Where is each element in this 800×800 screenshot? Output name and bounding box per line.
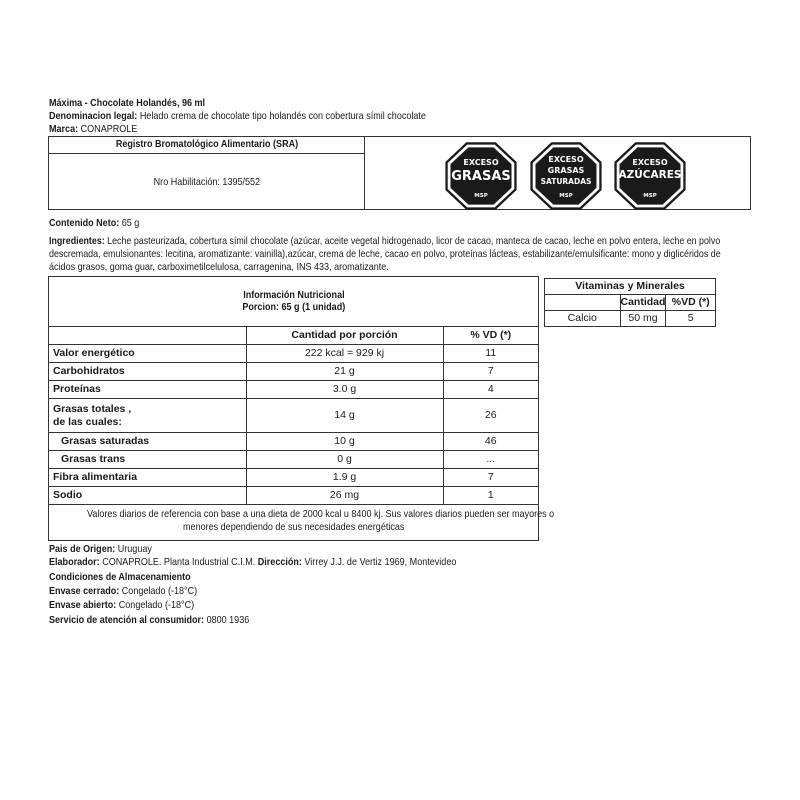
table-row: Grasas saturadas10 g46 — [49, 433, 538, 451]
nutrient-amount: 10 g — [246, 433, 443, 451]
registry-box: Registro Bromatológico Alimentario (SRA)… — [48, 136, 751, 210]
seal-footer: MSP — [527, 193, 605, 199]
seal-line-2: GRASAS — [527, 166, 605, 175]
octagon-warning-seal-azucares: EXCESOAZÚCARESMSP — [611, 140, 689, 212]
table-row: Carbohidratos21 g7 — [49, 363, 538, 381]
nutrient-vd: ... — [443, 451, 538, 469]
nutrient-amount: 14 g — [246, 399, 443, 433]
nutrition-title: Información Nutricional Porcion: 65 g (1… — [49, 277, 538, 327]
nutrient-name: Proteínas — [49, 381, 246, 399]
octagon-icon — [527, 140, 605, 212]
nutrient-vd: 4 — [443, 381, 538, 399]
nutrient-amount: 3.0 g — [246, 381, 443, 399]
seal-line-2: AZÚCARES — [611, 169, 689, 181]
octagon-warning-seal-grasas-saturadas: EXCESOGRASASSATURADASMSP — [527, 140, 605, 212]
seal-footer: MSP — [442, 193, 520, 199]
mineral-name: Calcio — [545, 311, 620, 327]
octagon-warning-seal-grasas: EXCESOGRASASMSP — [442, 140, 520, 212]
table-row: Proteínas3.0 g4 — [49, 381, 538, 399]
nutrient-vd: 7 — [443, 363, 538, 381]
nutrient-name: Grasas trans — [49, 451, 246, 469]
registry-header: Registro Bromatológico Alimentario (SRA) — [49, 137, 364, 154]
manufacturer: Elaborador: CONAPROLE. Planta Industrial… — [49, 556, 523, 569]
vit-col-vd: %VD (*) — [666, 295, 715, 311]
nutrient-vd: 46 — [443, 433, 538, 451]
product-title: Máxima - Chocolate Holandés, 96 ml — [49, 97, 230, 110]
vitamins-table: Vitaminas y MineralesCantidad%VD (*)Calc… — [544, 278, 716, 327]
nutrient-name: Fibra alimentaria — [49, 469, 246, 487]
nutrient-vd: 1 — [443, 487, 538, 505]
nutrient-amount: 222 kcal = 929 kj — [246, 345, 443, 363]
mineral-amount: 50 mg — [620, 311, 666, 327]
nutrient-vd: 7 — [443, 469, 538, 487]
table-row: Calcio50 mg5 — [545, 311, 715, 327]
table-row: Grasas totales ,de las cuales:14 g26 — [49, 399, 538, 433]
nutrient-name: Valor energético — [49, 345, 246, 363]
nutrient-name: Sodio — [49, 487, 246, 505]
mineral-vd: 5 — [666, 311, 715, 327]
ingredients-line-1: Ingredientes: Leche pasteurizada, cobert… — [49, 235, 800, 248]
nutrient-name: Carbohidratos — [49, 363, 246, 381]
nutrition-footnote: Valores diarios de referencia con base a… — [49, 505, 538, 534]
storage-title: Condiciones de Almacenamiento — [49, 571, 214, 584]
consumer-service: Servicio de atención al consumidor: 0800… — [49, 614, 282, 627]
seal-footer: MSP — [611, 193, 689, 199]
nutrient-amount: 21 g — [246, 363, 443, 381]
seal-line-1: EXCESO — [442, 158, 520, 167]
registry-section: Registro Bromatológico Alimentario (SRA)… — [49, 137, 365, 209]
ingredients-line-2: descremada, emulsionantes: lecitina, aro… — [49, 248, 800, 261]
ingredients-line-3: ácidos grasos, goma guar, carboximetilce… — [49, 261, 444, 274]
col-vd-header: % VD (*) — [443, 327, 538, 345]
col-amount-header: Cantidad por porción — [246, 327, 443, 345]
nutrition-grid: Cantidad por porción% VD (*)Valor energé… — [49, 327, 538, 505]
nutrient-amount: 26 mg — [246, 487, 443, 505]
nutrition-header-row: Cantidad por porción% VD (*) — [49, 327, 538, 345]
legal-denomination: Denominacion legal: Helado crema de choc… — [49, 110, 487, 123]
nutrient-vd: 11 — [443, 345, 538, 363]
nutrient-name: Grasas saturadas — [49, 433, 246, 451]
net-content: Contenido Neto: 65 g — [49, 217, 154, 230]
table-row: Valor energético222 kcal = 929 kj11 — [49, 345, 538, 363]
seal-line-1: EXCESO — [611, 158, 689, 167]
seal-line-3: SATURADAS — [527, 177, 605, 186]
table-row: Grasas trans0 g... — [49, 451, 538, 469]
registry-number: Nro Habilitación: 1395/552 — [49, 154, 364, 210]
storage-closed: Envase cerrado: Congelado (-18°C) — [49, 585, 221, 598]
nutrient-amount: 0 g — [246, 451, 443, 469]
storage-open: Envase abierto: Congelado (-18°C) — [49, 599, 218, 612]
seal-line-1: EXCESO — [527, 155, 605, 164]
nutrient-name: Grasas totales ,de las cuales: — [49, 399, 246, 433]
table-row: Fibra alimentaria1.9 g7 — [49, 469, 538, 487]
nutrient-vd: 26 — [443, 399, 538, 433]
vitamins-title: Vitaminas y Minerales — [545, 279, 715, 295]
table-row: Sodio26 mg1 — [49, 487, 538, 505]
nutrient-amount: 1.9 g — [246, 469, 443, 487]
brand: Marca: CONAPROLE — [49, 123, 152, 136]
nutrition-table: Información Nutricional Porcion: 65 g (1… — [48, 276, 539, 541]
origin: Pais de Origen: Uruguay — [49, 543, 169, 556]
seal-line-2: GRASAS — [442, 169, 520, 184]
vit-col-amount: Cantidad — [620, 295, 666, 311]
